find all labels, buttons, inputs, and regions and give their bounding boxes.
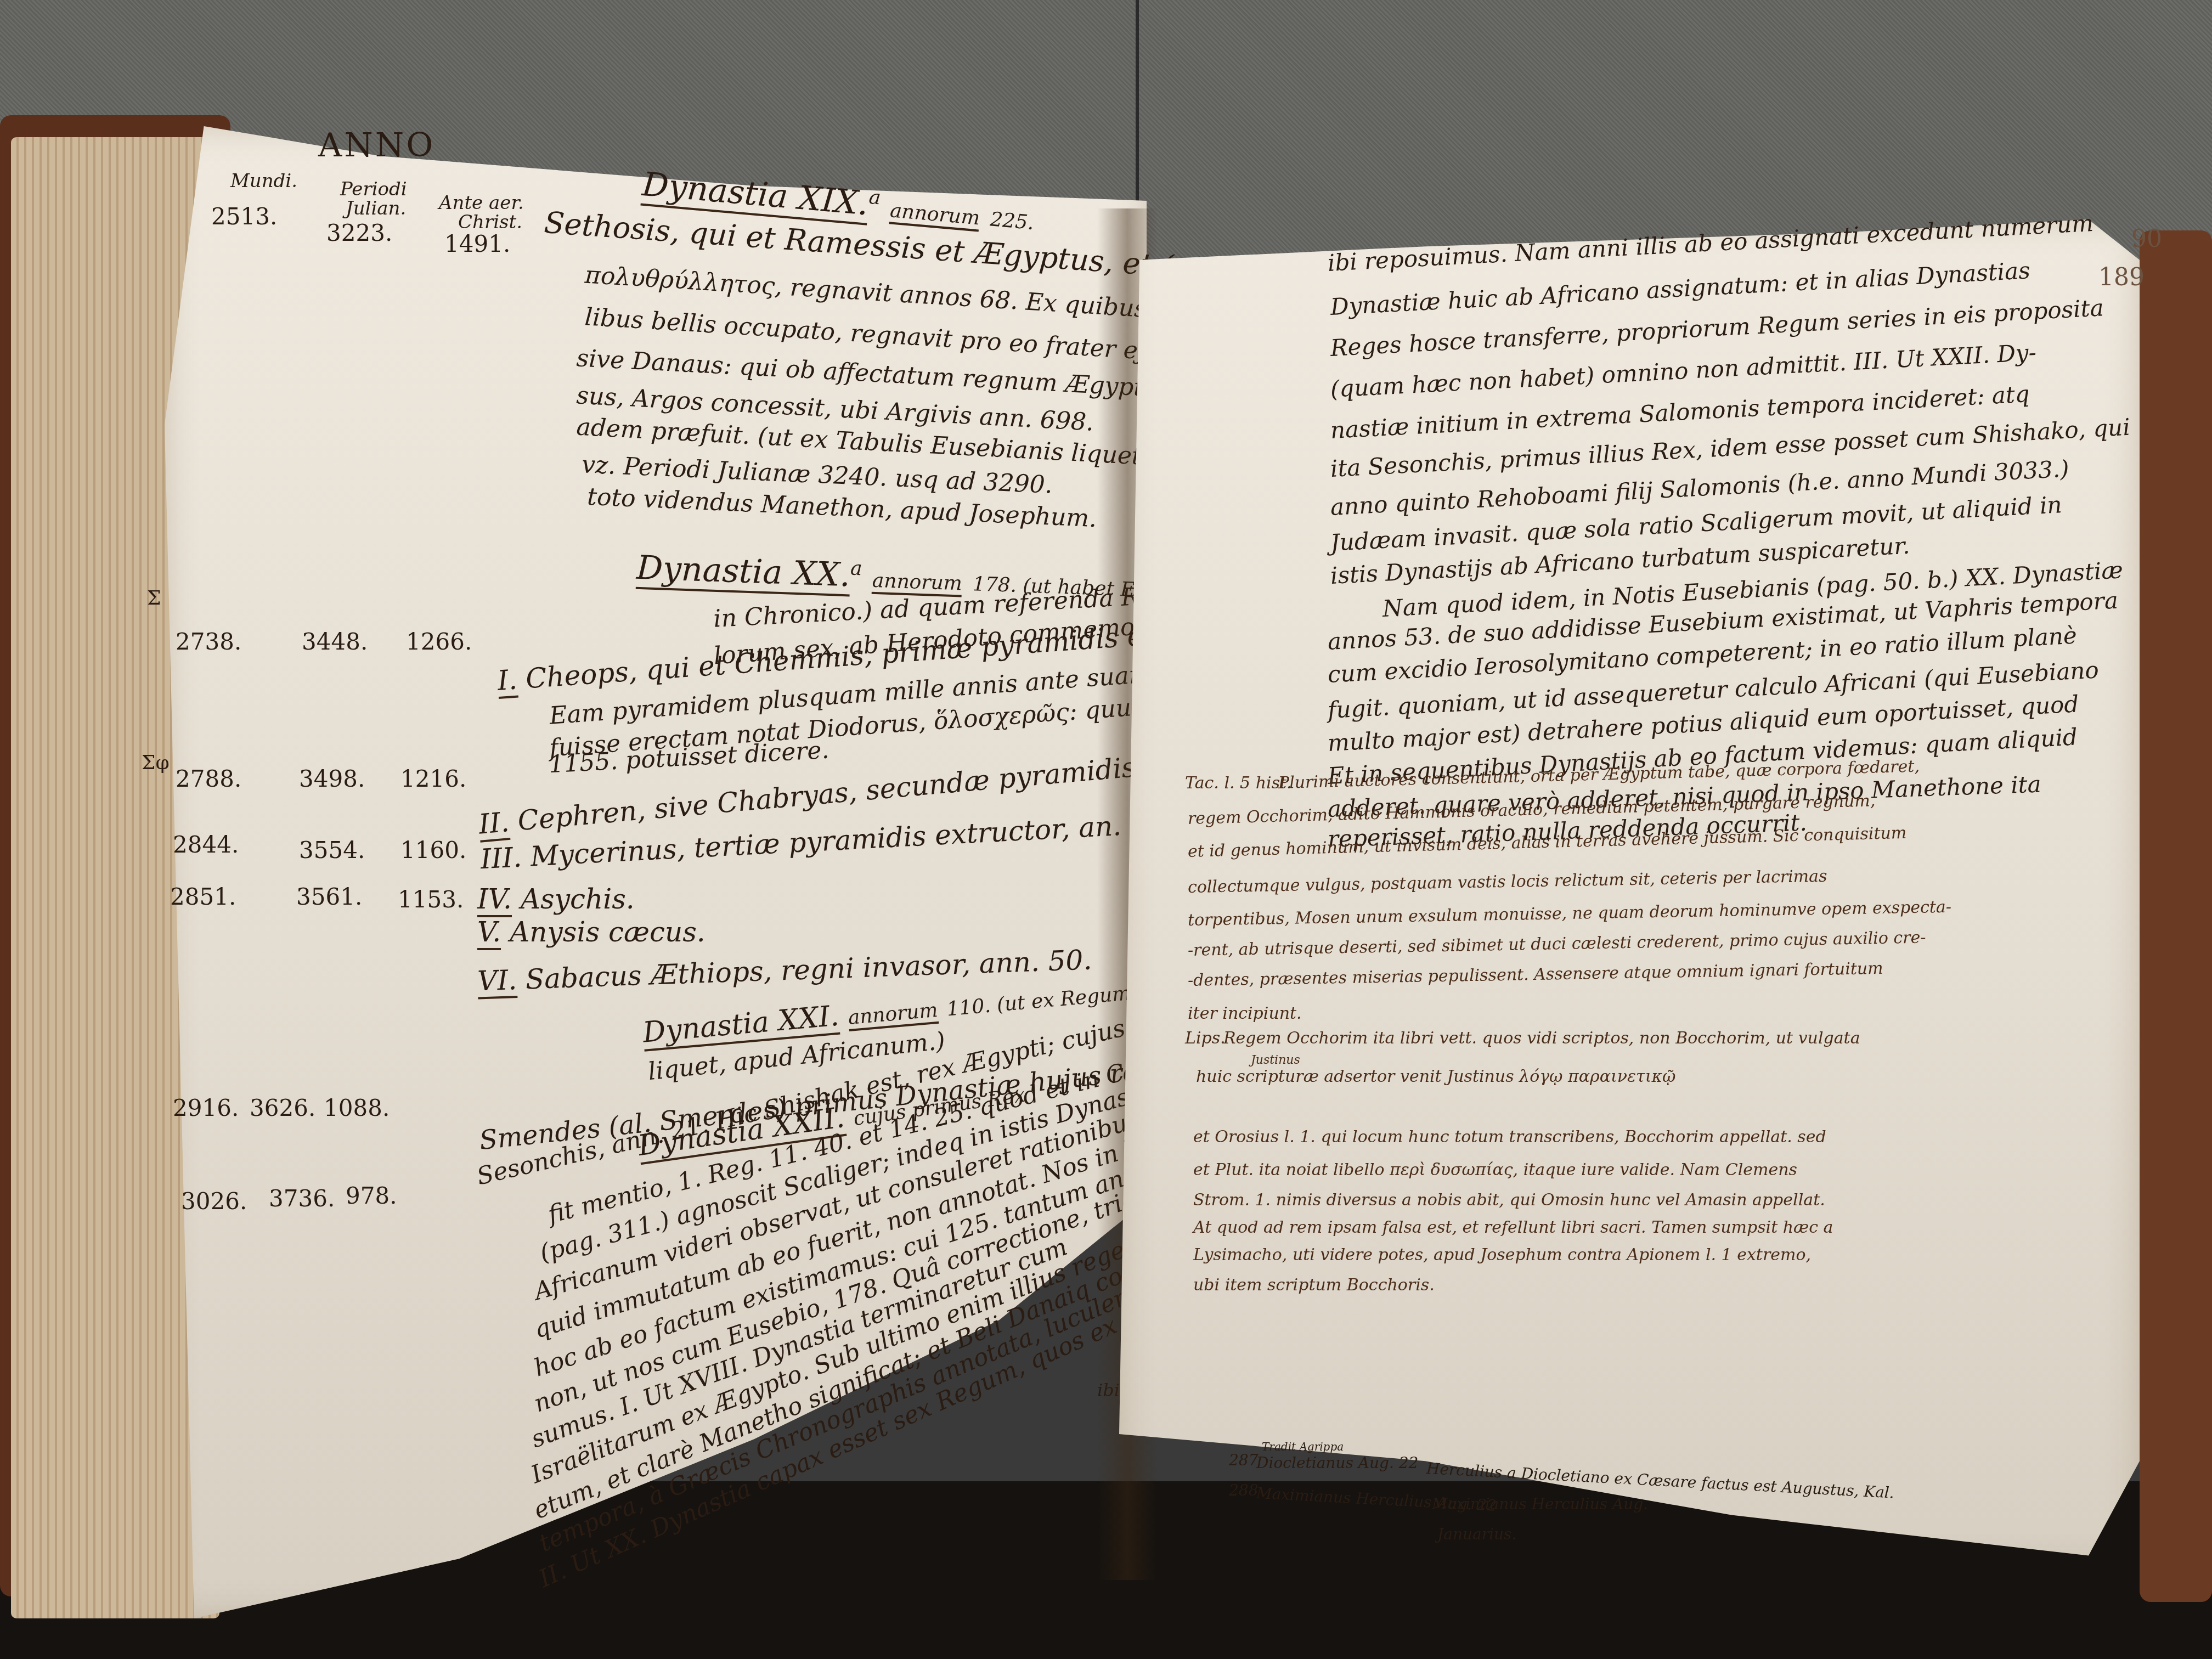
king-entry: V. Anysis cæcus.	[477, 916, 706, 948]
interlinear-gloss: Justinus	[1251, 1053, 1300, 1067]
note-reference: Lips.	[1185, 1029, 1226, 1048]
header-col-periodi: Periodi	[340, 178, 407, 200]
margin-mark: Σ	[147, 587, 161, 610]
king-entry: IV. Asychis.	[477, 883, 635, 915]
header-anno: ANNO	[318, 126, 436, 165]
header-col-ante: Ante aer.	[439, 192, 524, 214]
header-col-julian: Julian.	[346, 198, 406, 219]
folio-number: 189	[2098, 263, 2145, 291]
header-col-christ: Christ.	[458, 211, 522, 233]
margin-mark: Σφ	[142, 752, 170, 774]
folio-number: 90	[2131, 225, 2162, 253]
footer-note-number: 287	[1229, 1451, 1258, 1469]
footer-note-number: 288	[1229, 1481, 1258, 1499]
binding-cover-right	[2140, 230, 2212, 1602]
header-col-mundi: Mundi.	[230, 170, 297, 192]
interlinear-gloss: Tradit Agrippa	[1262, 1440, 1344, 1453]
note-reference: Tac. l. 5 hist.	[1185, 774, 1292, 793]
